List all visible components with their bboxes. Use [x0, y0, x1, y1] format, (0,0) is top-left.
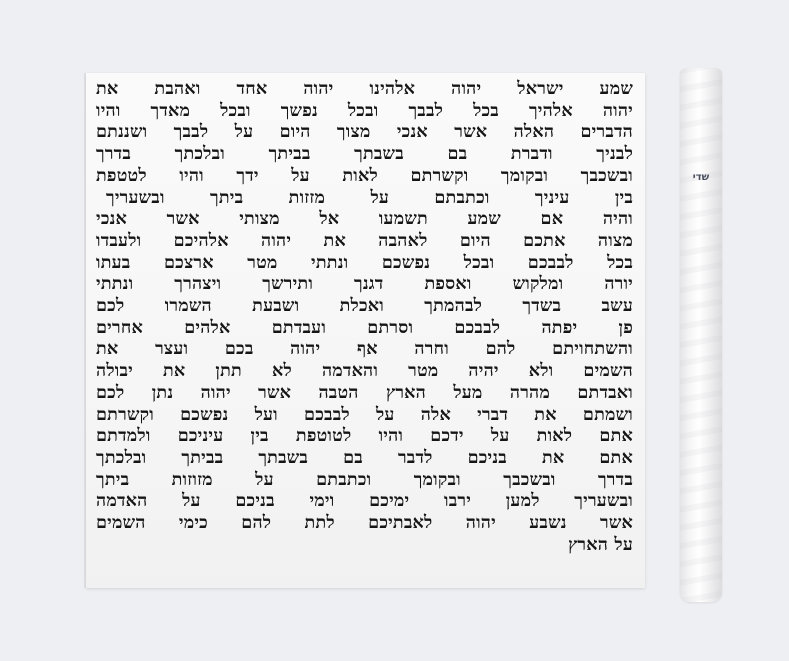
- rolled-mezuzah-scroll: שדי: [680, 68, 722, 602]
- text-line: יורה ומלקוש ואספת דגנך ותירשך ויצהרך ונת…: [96, 273, 633, 295]
- text-line: השמים ולא יהיה מטר והאדמה לא תתן את יבול…: [96, 360, 633, 382]
- text-line: עשב בשדך לבהמתך ואכלת ושבעת השמרו לכם: [96, 295, 633, 317]
- text-line: ושמתם את דברי אלה על לבבכם ועל נפשכם וקש…: [96, 404, 633, 426]
- text-line: אתם את בניכם לדבר בם בשבתך בביתך ובלכתך: [96, 447, 633, 469]
- mezuzah-parchment-sheet: שמע ישראל יהוה אלהינו יהוה אחד ואהבת את …: [86, 73, 645, 588]
- text-line: ובשכבך ובקומך וקשרתם לאות על ידך והיו לט…: [96, 165, 633, 187]
- text-line: בכל לבבכם ובכל נפשכם ונתתי מטר ארצכם בעת…: [96, 252, 633, 274]
- text-line-final: על הארץ: [96, 534, 633, 556]
- text-line: בין עיניך וכתבתם על מזזות ביתך ובשעריך: [96, 187, 633, 209]
- text-line: והיה אם שמע תשמעו אל מצותי אשר אנכי: [96, 208, 633, 230]
- text-line: פן יפתה לבבכם וסרתם ועבדתם אלהים אחרים: [96, 317, 633, 339]
- text-line: והשתחויתם להם וחרה אף יהוה בכם ועצר את: [96, 338, 633, 360]
- text-line: יהוה אלהיך בכל לבבך ובכל נפשך ובכל מאדך …: [96, 100, 633, 122]
- text-line: מצוה אתכם היום לאהבה את יהוה אלהיכם ולעב…: [96, 230, 633, 252]
- text-line: אתם לאות על ידכם והיו לטוטפת בין עיניכם …: [96, 425, 633, 447]
- text-line: ואבדתם מהרה מעל הארץ הטבה אשר יהוה נתן ל…: [96, 382, 633, 404]
- text-line: שמע ישראל יהוה אלהינו יהוה אחד ואהבת את: [96, 78, 633, 100]
- text-line: לבניך ודברת בם בשבתך בביתך ובלכתך בדרך: [96, 143, 633, 165]
- parchment-text: שמע ישראל יהוה אלהינו יהוה אחד ואהבת את …: [96, 78, 633, 555]
- shaddai-label: שדי: [680, 172, 722, 183]
- text-line: הדברים האלה אשר אנכי מצוך היום על לבבך ו…: [96, 121, 633, 143]
- text-line: בדרך ובשכבך ובקומך וכתבתם על מזוזות ביתך: [96, 469, 633, 491]
- text-line: ובשעריך למען ירבו ימיכם וימי בניכם על הא…: [96, 490, 633, 512]
- text-line: אשר נשבע יהוה לאבתיכם לתת להם כימי השמים: [96, 512, 633, 534]
